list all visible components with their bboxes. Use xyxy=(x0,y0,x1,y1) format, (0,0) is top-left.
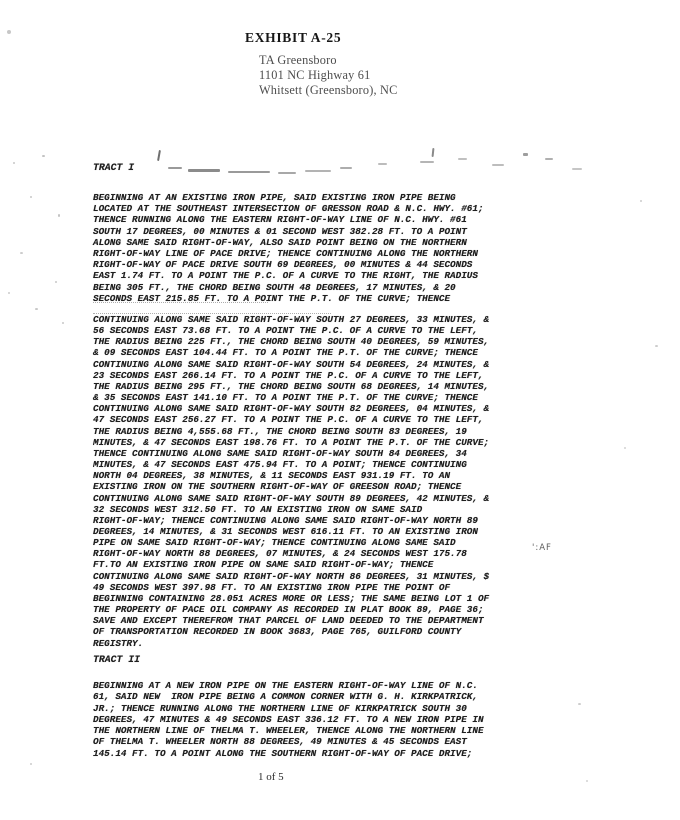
tract-2-heading: TRACT II xyxy=(93,654,140,665)
scan-speck xyxy=(578,703,581,705)
margin-mark: ':AF xyxy=(532,543,552,553)
scan-speck xyxy=(30,196,32,198)
scan-smudge xyxy=(545,158,553,160)
scan-smudge xyxy=(378,163,387,165)
scan-speck xyxy=(58,214,60,217)
address-line-street: 1101 NC Highway 61 xyxy=(259,68,398,83)
scan-smudge xyxy=(278,172,296,174)
scan-smudge xyxy=(188,169,220,172)
scan-smudge xyxy=(572,168,582,170)
scan-speck xyxy=(640,200,642,202)
scan-speck xyxy=(655,345,658,347)
scan-speck xyxy=(42,155,45,157)
tract-1-legal-paragraph-1: BEGINNING AT AN EXISTING IRON PIPE, SAID… xyxy=(93,192,484,304)
address-line-property: TA Greensboro xyxy=(259,53,398,68)
scan-speck xyxy=(55,281,57,283)
document-page: EXHIBIT A-25 TA Greensboro 1101 NC Highw… xyxy=(0,0,680,820)
scan-smudge xyxy=(228,171,270,173)
scan-speck xyxy=(20,252,23,254)
scan-smudge xyxy=(93,301,268,303)
scan-speck xyxy=(586,780,588,782)
address-block: TA Greensboro 1101 NC Highway 61 Whitset… xyxy=(259,53,398,98)
scan-speck xyxy=(7,30,11,34)
scan-smudge xyxy=(93,312,331,314)
tract-1-heading: TRACT I xyxy=(93,162,134,173)
scan-smudge xyxy=(420,161,434,163)
scan-speck xyxy=(30,763,32,765)
scan-smudge xyxy=(168,167,182,169)
tract-2-legal-paragraph-1: BEGINNING AT A NEW IRON PIPE ON THE EAST… xyxy=(93,680,484,759)
scan-smudge xyxy=(492,164,504,166)
scan-speck xyxy=(62,322,64,324)
scan-speck xyxy=(35,308,38,310)
scan-smudge xyxy=(523,153,528,156)
scan-smudge xyxy=(432,148,435,157)
exhibit-title: EXHIBIT A-25 xyxy=(245,30,341,46)
scan-smudge xyxy=(458,158,467,160)
address-line-city: Whitsett (Greensboro), NC xyxy=(259,83,398,98)
scan-speck xyxy=(13,162,15,164)
tract-1-legal-paragraph-2: CONTINUING ALONG SAME SAID RIGHT-OF-WAY … xyxy=(93,314,489,649)
scan-speck xyxy=(8,292,10,294)
scan-smudge xyxy=(305,170,331,172)
page-number: 1 of 5 xyxy=(258,771,284,783)
scan-speck xyxy=(624,447,626,449)
scan-smudge xyxy=(340,167,352,169)
scan-smudge xyxy=(157,150,161,161)
